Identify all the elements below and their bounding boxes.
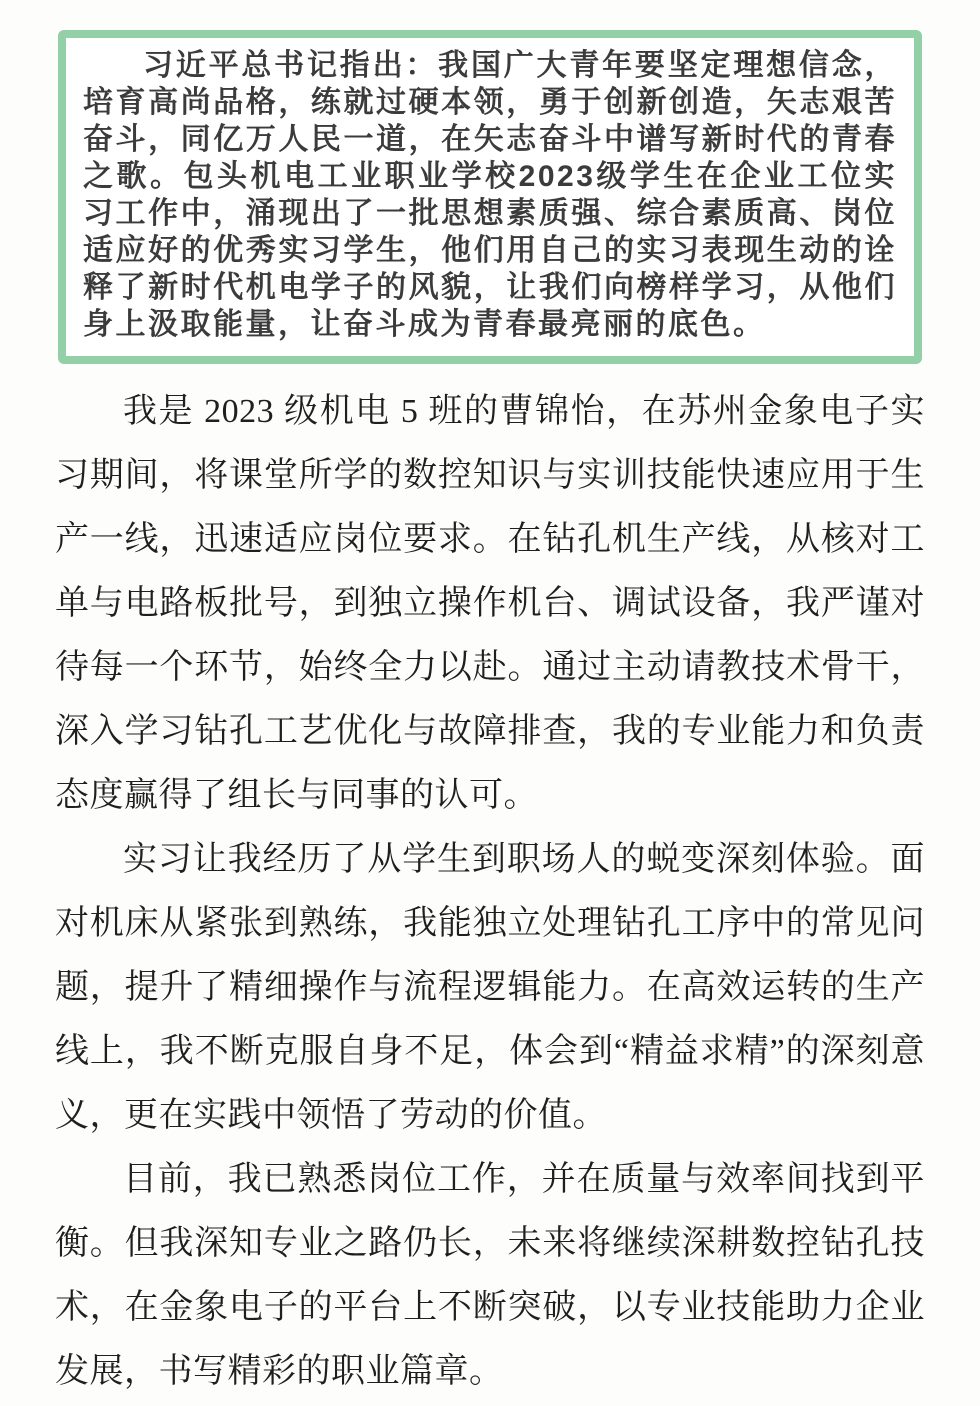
paragraph-3: 目前，我已熟悉岗位工作，并在质量与效率间找到平衡。但我深知专业之路仍长，未来将继…	[55, 1148, 925, 1404]
document-page: 习近平总书记指出：我国广大青年要坚定理想信念，培育高尚品格，练就过硬本领，勇于创…	[0, 0, 980, 1406]
paragraph-2: 实习让我经历了从学生到职场人的蜕变深刻体验。面对机床从紧张到熟练，我能独立处理钻…	[55, 828, 925, 1148]
quote-text: 习近平总书记指出：我国广大青年要坚定理想信念，培育高尚品格，练就过硬本领，勇于创…	[83, 47, 897, 343]
article-body: 我是 2023 级机电 5 班的曹锦怡，在苏州金象电子实习期间，将课堂所学的数控…	[55, 380, 925, 1404]
paragraph-1: 我是 2023 级机电 5 班的曹锦怡，在苏州金象电子实习期间，将课堂所学的数控…	[55, 380, 925, 828]
quote-box: 习近平总书记指出：我国广大青年要坚定理想信念，培育高尚品格，练就过硬本领，勇于创…	[58, 30, 922, 364]
